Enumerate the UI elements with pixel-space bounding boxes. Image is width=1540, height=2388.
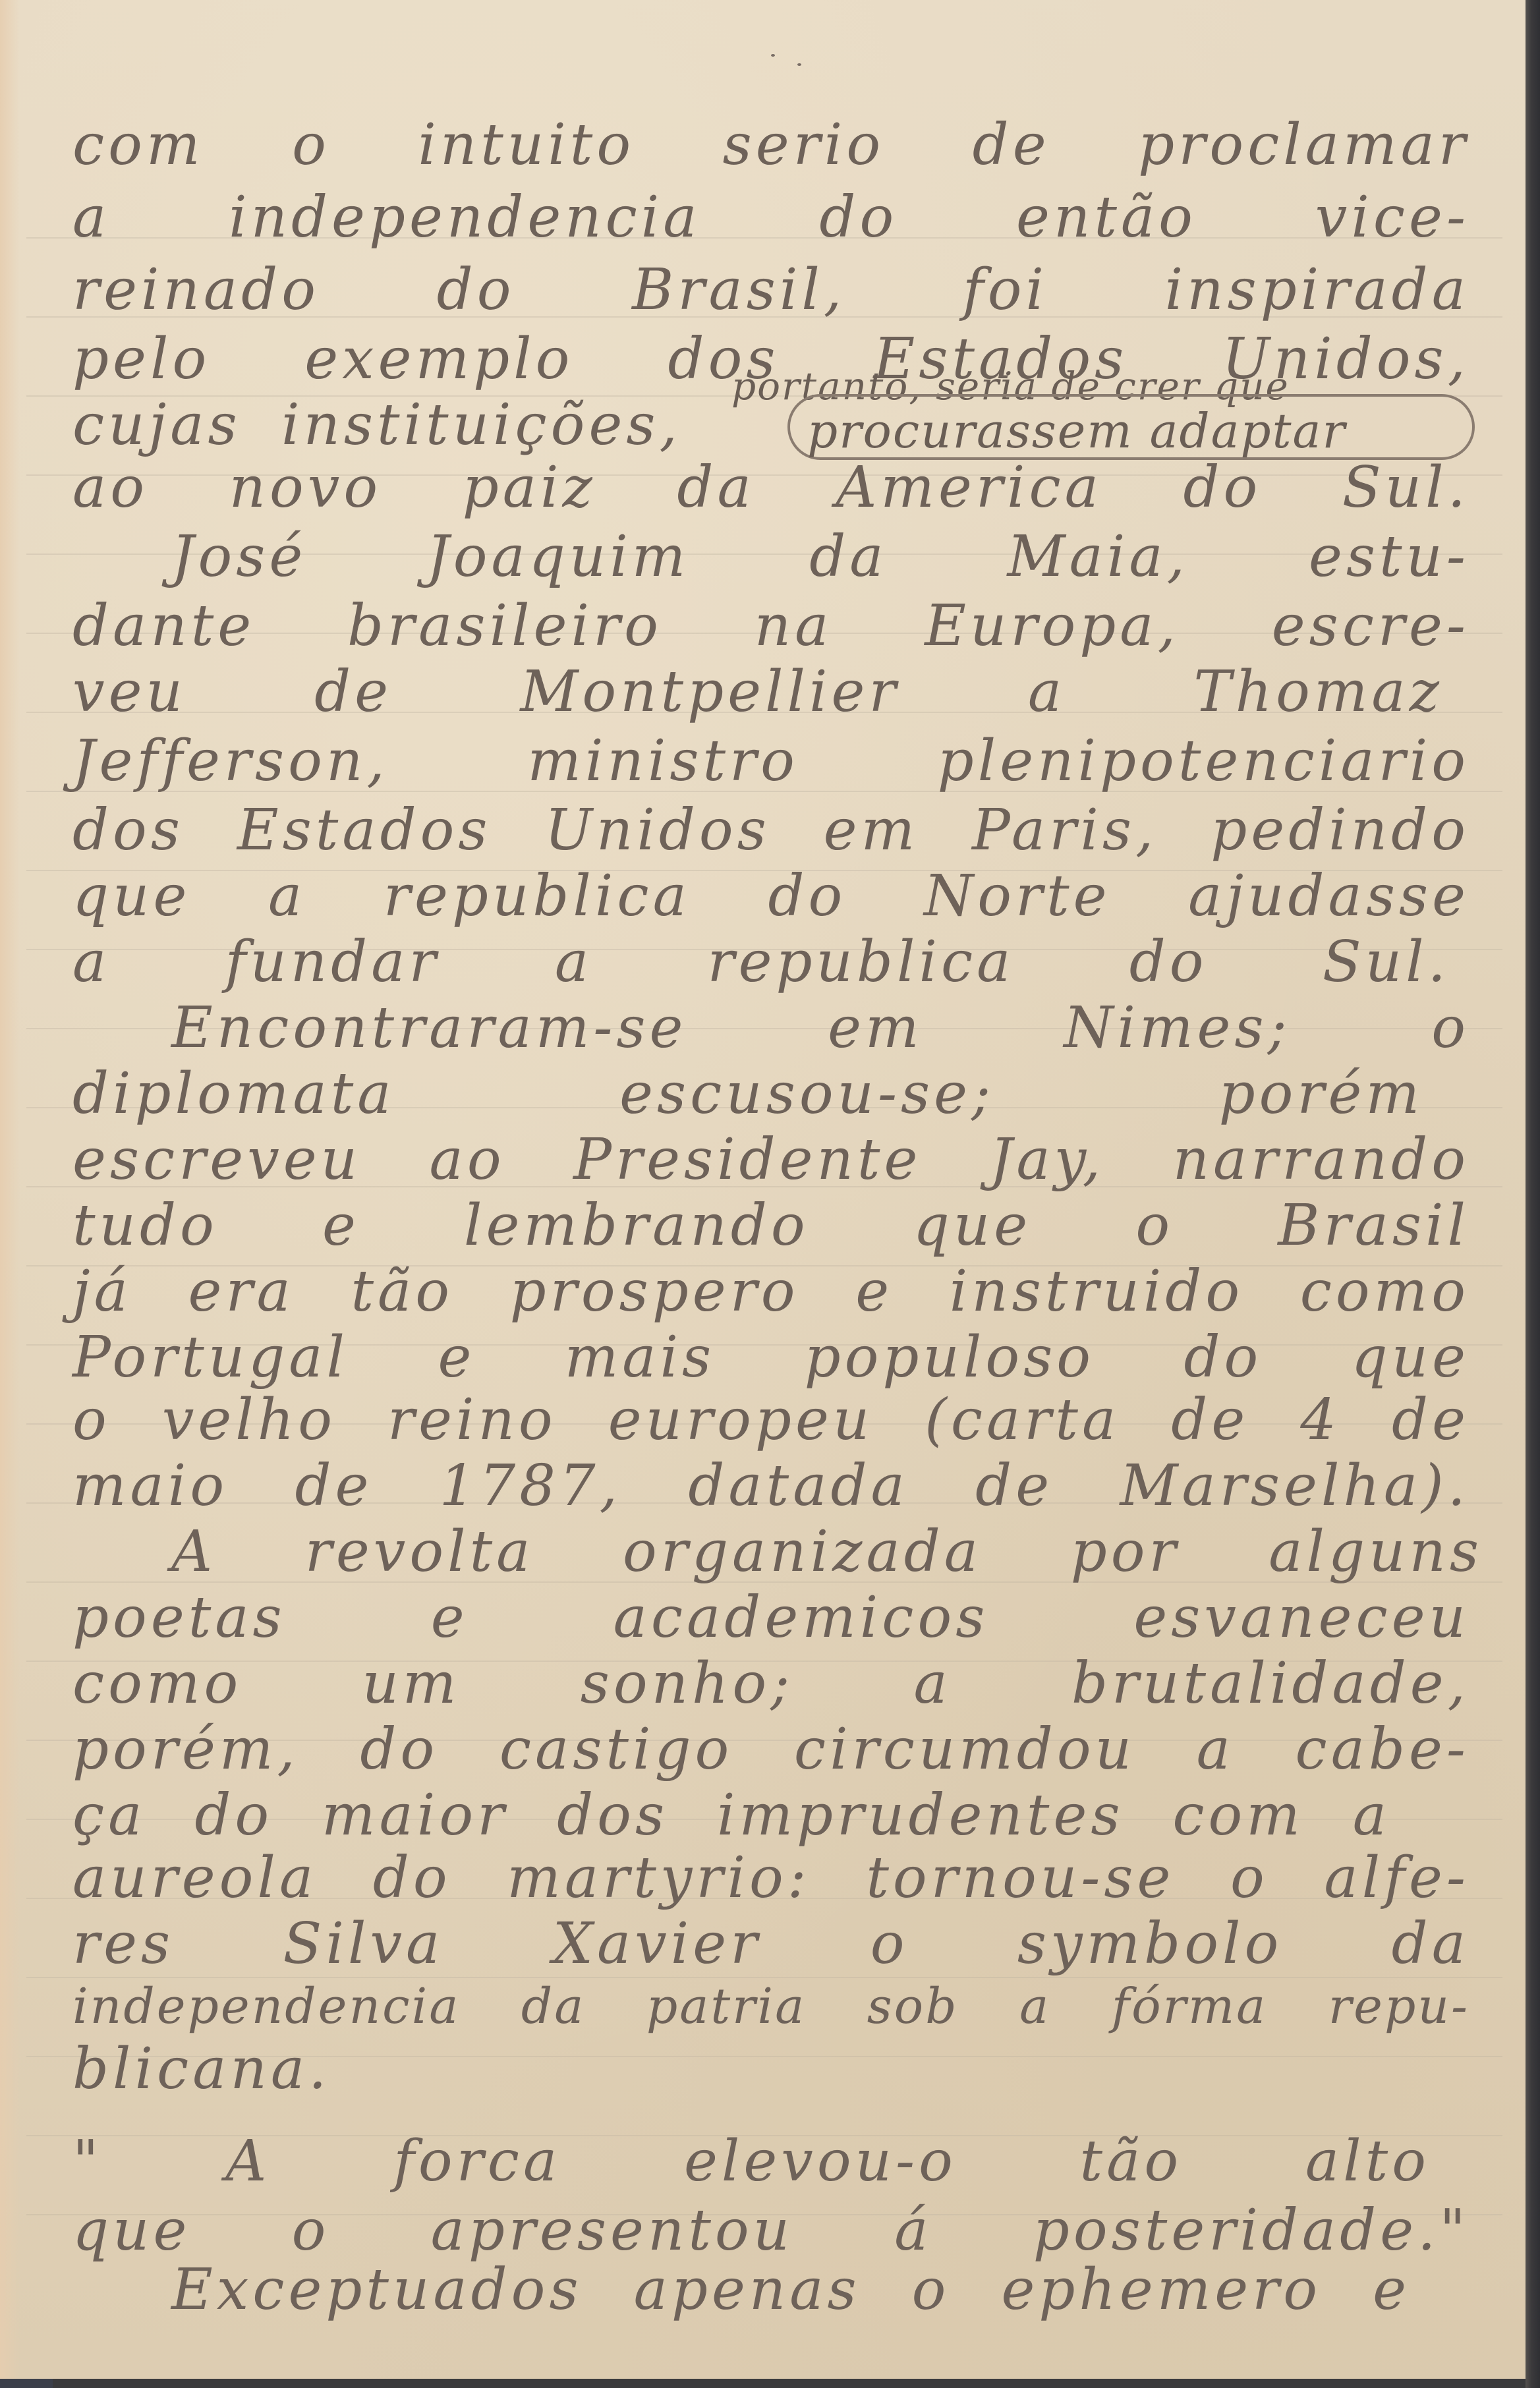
manuscript-line: já era tão prospero e instruido como xyxy=(72,1255,1469,1328)
manuscript-line: ao novo paiz da America do Sul. xyxy=(72,451,1469,524)
ink-speck xyxy=(771,54,775,57)
manuscript-line: blicana. xyxy=(72,2033,1469,2105)
manuscript-line: veu de Montpellier a Thomaz xyxy=(72,656,1443,728)
manuscript-line: aureola do martyrio: tornou-se o alfe- xyxy=(72,1842,1469,1914)
manuscript-line: reinado do Brasil, foi inspirada xyxy=(72,254,1469,326)
line-text-start: cujas instituições, xyxy=(72,392,722,458)
manuscript-line: Portugal e mais populoso do que xyxy=(72,1321,1469,1394)
manuscript-line: com o intuito serio de proclamar xyxy=(72,109,1469,181)
ink-speck xyxy=(797,63,801,66)
manuscript-line: Encontraram-se em Nimes; o xyxy=(171,992,1469,1064)
manuscript-line: independencia da patria sob a fórma repu… xyxy=(72,1970,1469,2043)
manuscript-line: dos Estados Unidos em Paris, pedindo xyxy=(72,794,1469,867)
manuscript-line: a independencia do então vice- xyxy=(72,181,1469,254)
manuscript-line: res Silva Xavier o symbolo da xyxy=(72,1908,1469,1980)
manuscript-line: José Joaquim da Maia, estu- xyxy=(171,521,1469,593)
manuscript-page: com o intuito serio de proclamar a indep… xyxy=(0,0,1526,2379)
manuscript-line: maio de 1787, datada de Marselha). xyxy=(72,1450,1469,1522)
manuscript-line: poetas e academicos esvaneceu xyxy=(72,1581,1469,1654)
page-left-shadow xyxy=(0,0,20,2379)
manuscript-line: a fundar a republica do Sul. xyxy=(72,926,1450,998)
circled-text: procurassem adaptar xyxy=(807,403,1346,459)
manuscript-line: porém, do castigo circumdou a cabe- xyxy=(72,1713,1469,1786)
manuscript-line: escreveu ao Presidente Jay, narrando xyxy=(72,1123,1469,1196)
manuscript-line: Exceptuados apenas o ephemero e xyxy=(171,2254,1410,2326)
manuscript-line: Jefferson, ministro plenipotenciario xyxy=(72,725,1469,797)
book-binding-edge xyxy=(1526,0,1540,2388)
manuscript-line: como um sonho; a brutalidade, xyxy=(72,1647,1469,1720)
manuscript-line: o velho reino europeu (carta de 4 de xyxy=(72,1384,1469,1456)
manuscript-line: ça do maior dos imprudentes com a xyxy=(72,1779,1390,1852)
manuscript-line: A revolta organizada por alguns xyxy=(171,1516,1483,1588)
manuscript-line: que a republica do Norte ajudasse xyxy=(72,860,1469,932)
manuscript-line: dante brasileiro na Europa, escre- xyxy=(72,590,1469,662)
page-corner-shadow xyxy=(0,2379,53,2388)
manuscript-line: " A forca elevou-o tão alto xyxy=(72,2125,1430,2198)
manuscript-line: diplomata escusou-se; porém xyxy=(72,1058,1423,1130)
manuscript-line: tudo e lembrando que o Brasil xyxy=(72,1189,1469,1262)
